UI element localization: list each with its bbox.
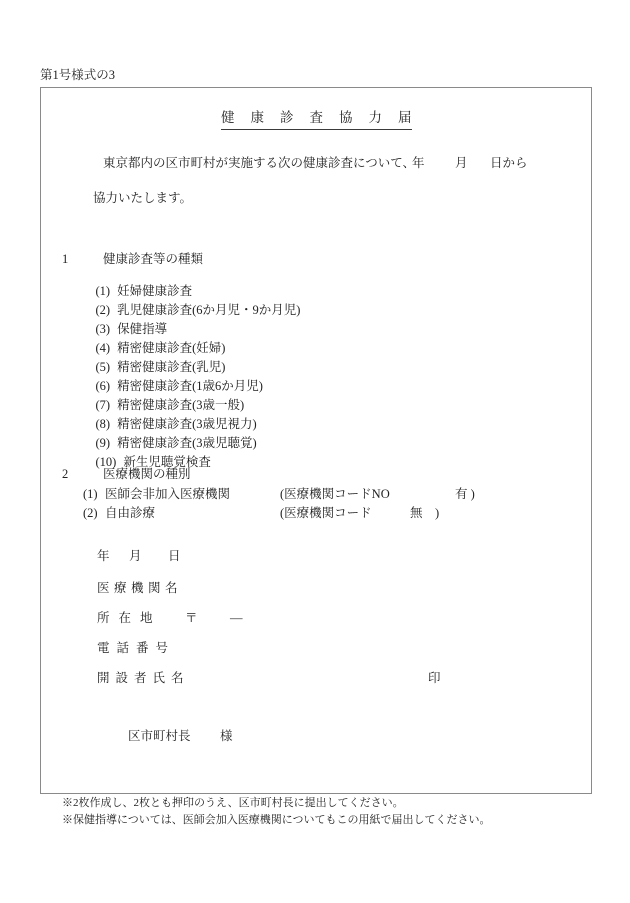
- org-name-field-label: 医療機関名: [97, 582, 182, 595]
- founder-field-row: 開設者氏名 印: [0, 672, 630, 688]
- intro-line2: 協力いたします。: [93, 192, 192, 205]
- form-title-text: 健康診査協力届: [221, 111, 428, 125]
- section2-heading: 医療機関の種別: [103, 468, 191, 481]
- org-code-label: (医療機関コード: [280, 507, 372, 520]
- intro-text: 東京都内の区市町村が実施する次の健康診査について、: [103, 157, 415, 170]
- seal-mark: 印: [428, 672, 441, 685]
- addressee-row: 区市町村長 様: [0, 730, 630, 746]
- section1-number: 1: [62, 253, 68, 266]
- form-page: 第1号様式の3 健康診査協力届 東京都内の区市町村が実施する次の健康診査について…: [0, 0, 630, 903]
- org-code-answer: 無 ): [410, 507, 439, 520]
- address-field-label: 所在地: [97, 612, 162, 625]
- address-field-row: 所在地 〒 —: [0, 612, 630, 628]
- org-code-answer: 有 ): [455, 488, 475, 501]
- postal-dash: —: [230, 612, 243, 625]
- org-type-item: (2) 自由診療 (医療機関コード 無 ): [0, 507, 630, 523]
- addressee-honorific: 様: [220, 730, 233, 743]
- item-number: (1): [83, 488, 98, 501]
- form-number: 第1号様式の3: [40, 69, 115, 82]
- item-label: 医師会非加入医療機関: [105, 488, 230, 501]
- intro-year-label: 年: [412, 157, 425, 170]
- item-number: (2): [83, 507, 98, 520]
- section1-heading-row: 1 健康診査等の種類: [0, 253, 630, 269]
- date-field-row: 年 月 日: [0, 550, 630, 566]
- footnote-1: ※2枚作成し、2枚とも押印のうえ、区市町村長に提出してください。: [62, 798, 404, 809]
- footnote-2: ※保健指導については、医師会加入医療機関についてもこの用紙で届出してください。: [62, 815, 491, 826]
- addressee-label: 区市町村長: [128, 730, 191, 743]
- intro-day-from-label: 日から: [490, 157, 528, 170]
- org-code-label: (医療機関コードNO: [280, 488, 390, 501]
- org-type-item: (1) 医師会非加入医療機関 (医療機関コードNO 有 ): [0, 488, 630, 504]
- intro-month-label: 月: [455, 157, 468, 170]
- date-day-label: 日: [168, 550, 181, 563]
- date-month-label: 月: [129, 550, 142, 563]
- postal-mark: 〒: [185, 612, 198, 625]
- item-label: 自由診療: [105, 507, 155, 520]
- section2-number: 2: [62, 468, 68, 481]
- founder-field-label: 開設者氏名: [97, 672, 190, 685]
- intro-line1: 東京都内の区市町村が実施する次の健康診査について、 年 月 日から: [0, 157, 630, 173]
- date-year-label: 年: [97, 550, 110, 563]
- phone-field-label: 電話番号: [97, 642, 175, 655]
- section2-heading-row: 2 医療機関の種別: [0, 468, 630, 484]
- form-title: 健康診査協力届: [221, 111, 412, 130]
- section1-heading: 健康診査等の種類: [103, 253, 203, 266]
